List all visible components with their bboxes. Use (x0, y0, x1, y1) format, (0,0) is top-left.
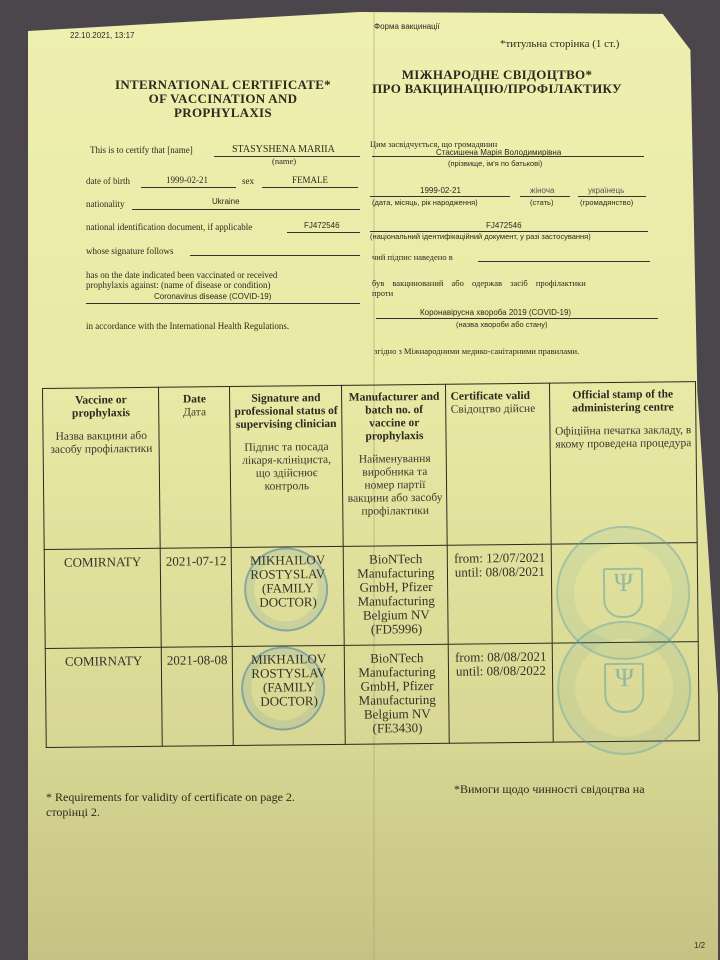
clinician-name: MIKHAILOV ROSTYSLAV (FAMILY DOCTOR) (250, 552, 325, 610)
cell-manufacturer: BioNTech Manufacturing GmbH, Pfizer Manu… (344, 545, 449, 645)
ua-id-caption: (національний ідентифікаційний документ,… (370, 232, 591, 241)
ua-dob-value: 1999-02-21 (420, 186, 461, 195)
ua-dob-caption: (дата, місяць, рік народження) (372, 198, 478, 207)
cell-valid: from: 12/07/2021 until: 08/08/2021 (448, 544, 553, 644)
vaccination-table: Vaccine or prophylaxisНазва вакцини або … (42, 381, 700, 748)
title-en-line2: OF VACCINATION AND PROPHYLAXIS (98, 92, 348, 120)
cell-date: 2021-08-08 (162, 647, 234, 747)
trident-icon (603, 568, 644, 618)
name-caption: (name) (272, 156, 296, 166)
sex-value: FEMALE (292, 175, 328, 185)
requirements-en: * Requirements for validity of certifica… (46, 790, 295, 805)
title-en: INTERNATIONAL CERTIFICATE* OF VACCINATIO… (98, 78, 348, 120)
table-header-row: Vaccine or prophylaxisНазва вакцини або … (43, 382, 698, 550)
title-ua-line2: ПРО ВАКЦИНАЦІЮ/ПРОФІЛАКТИКУ (372, 82, 622, 96)
title-en-line1: INTERNATIONAL CERTIFICATE* (98, 78, 348, 92)
cell-clinician: MIKHAILOV ROSTYSLAV (FAMILY DOCTOR) (231, 546, 344, 646)
header-valid: Certificate validСвідоцтво дійсне (446, 383, 552, 545)
nationality-label: nationality (86, 199, 125, 209)
nationality-value: Ukraine (212, 197, 240, 206)
disease-value: Coronavirus disease (COVID-19) (154, 292, 271, 301)
form-name: Форма вакцинації (374, 22, 440, 31)
cell-stamp (553, 642, 700, 743)
cell-vaccine: COMIRNATY (45, 647, 162, 747)
title-page-note: *титульна сторінка (1 ст.) (500, 38, 619, 50)
clinician-name: MIKHAILOV ROSTYSLAV (FAMILY DOCTOR) (251, 651, 326, 709)
ua-id-value: FJ472546 (486, 221, 522, 230)
ua-name-value: Стасишена Марія Володимирівна (436, 148, 561, 157)
cell-valid: from: 08/08/2021 until: 08/08/2022 (449, 643, 554, 743)
ua-nationality-caption: (громадянство) (580, 198, 633, 207)
header-manufacturer: Manufacturer and batch no. of vaccine or… (342, 384, 448, 546)
requirements-ua-tail: сторінці 2. (46, 805, 295, 820)
ua-disease-value: Коронавірусна хвороба 2019 (COVID-19) (420, 308, 571, 317)
header-vaccine: Vaccine or prophylaxisНазва вакцини або … (43, 387, 161, 549)
cell-vaccine: COMIRNATY (44, 548, 161, 648)
table-row: COMIRNATY 2021-08-08 MIKHAILOV ROSTYSLAV… (45, 642, 699, 748)
requirements-note-en: * Requirements for validity of certifica… (46, 790, 295, 820)
ua-sex-caption: (стать) (530, 198, 553, 207)
name-value: STASYSHENA MARIIA (232, 144, 335, 155)
vaccinated-text-line1: has on the date indicated been vaccinate… (86, 270, 277, 280)
signature-label: whose signature follows (86, 246, 174, 256)
vaccinated-text: has on the date indicated been vaccinate… (86, 270, 277, 290)
ua-name-caption: (прізвище, ім'я по батькові) (448, 159, 542, 168)
header-clinician: Signature and professional status of sup… (230, 385, 344, 547)
cell-date: 2021-07-12 (161, 548, 233, 648)
id-label: national identification document, if app… (86, 222, 252, 232)
page-number: 1/2 (694, 941, 705, 950)
regulations-text: in accordance with the International Hea… (86, 321, 289, 331)
dob-label: date of birth (86, 176, 130, 186)
ua-vaccinated-text: був вакцинований або одержав засіб профі… (372, 278, 586, 298)
trident-icon (604, 663, 645, 713)
ua-regulations-text: згідно з Міжнародними медико-санітарними… (374, 346, 579, 356)
ua-vaccinated-text-line1: був вакцинований або одержав засіб профі… (372, 278, 586, 288)
title-ua: МІЖНАРОДНЕ СВІДОЦТВО* ПРО ВАКЦИНАЦІЮ/ПРО… (372, 68, 622, 96)
print-timestamp: 22.10.2021, 13:17 (70, 31, 135, 40)
certify-label: This is to certify that [name] (90, 145, 193, 155)
ua-sex-value: жіноча (530, 186, 554, 195)
sex-label: sex (242, 176, 254, 186)
ua-signature-label: чий підпис наведено в (372, 252, 453, 262)
header-stamp: Official stamp of the administering cent… (550, 382, 697, 545)
ua-vaccinated-text-line2: проти (372, 288, 586, 298)
dob-value: 1999-02-21 (166, 175, 208, 185)
requirements-ua: *Вимоги щодо чинності свідоцтва на (454, 782, 645, 797)
vaccinated-text-line2: prophylaxis against: (name of disease or… (86, 280, 277, 290)
official-stamp-icon (557, 620, 692, 755)
id-value: FJ472546 (304, 221, 340, 230)
cell-manufacturer: BioNTech Manufacturing GmbH, Pfizer Manu… (345, 644, 450, 744)
title-ua-line1: МІЖНАРОДНЕ СВІДОЦТВО* (372, 68, 622, 82)
header-date: DateДата (159, 387, 231, 549)
ua-nationality-value: українець (588, 186, 624, 195)
cell-clinician: MIKHAILOV ROSTYSLAV (FAMILY DOCTOR) (232, 645, 345, 745)
ua-disease-caption: (назва хвороби або стану) (456, 320, 547, 329)
